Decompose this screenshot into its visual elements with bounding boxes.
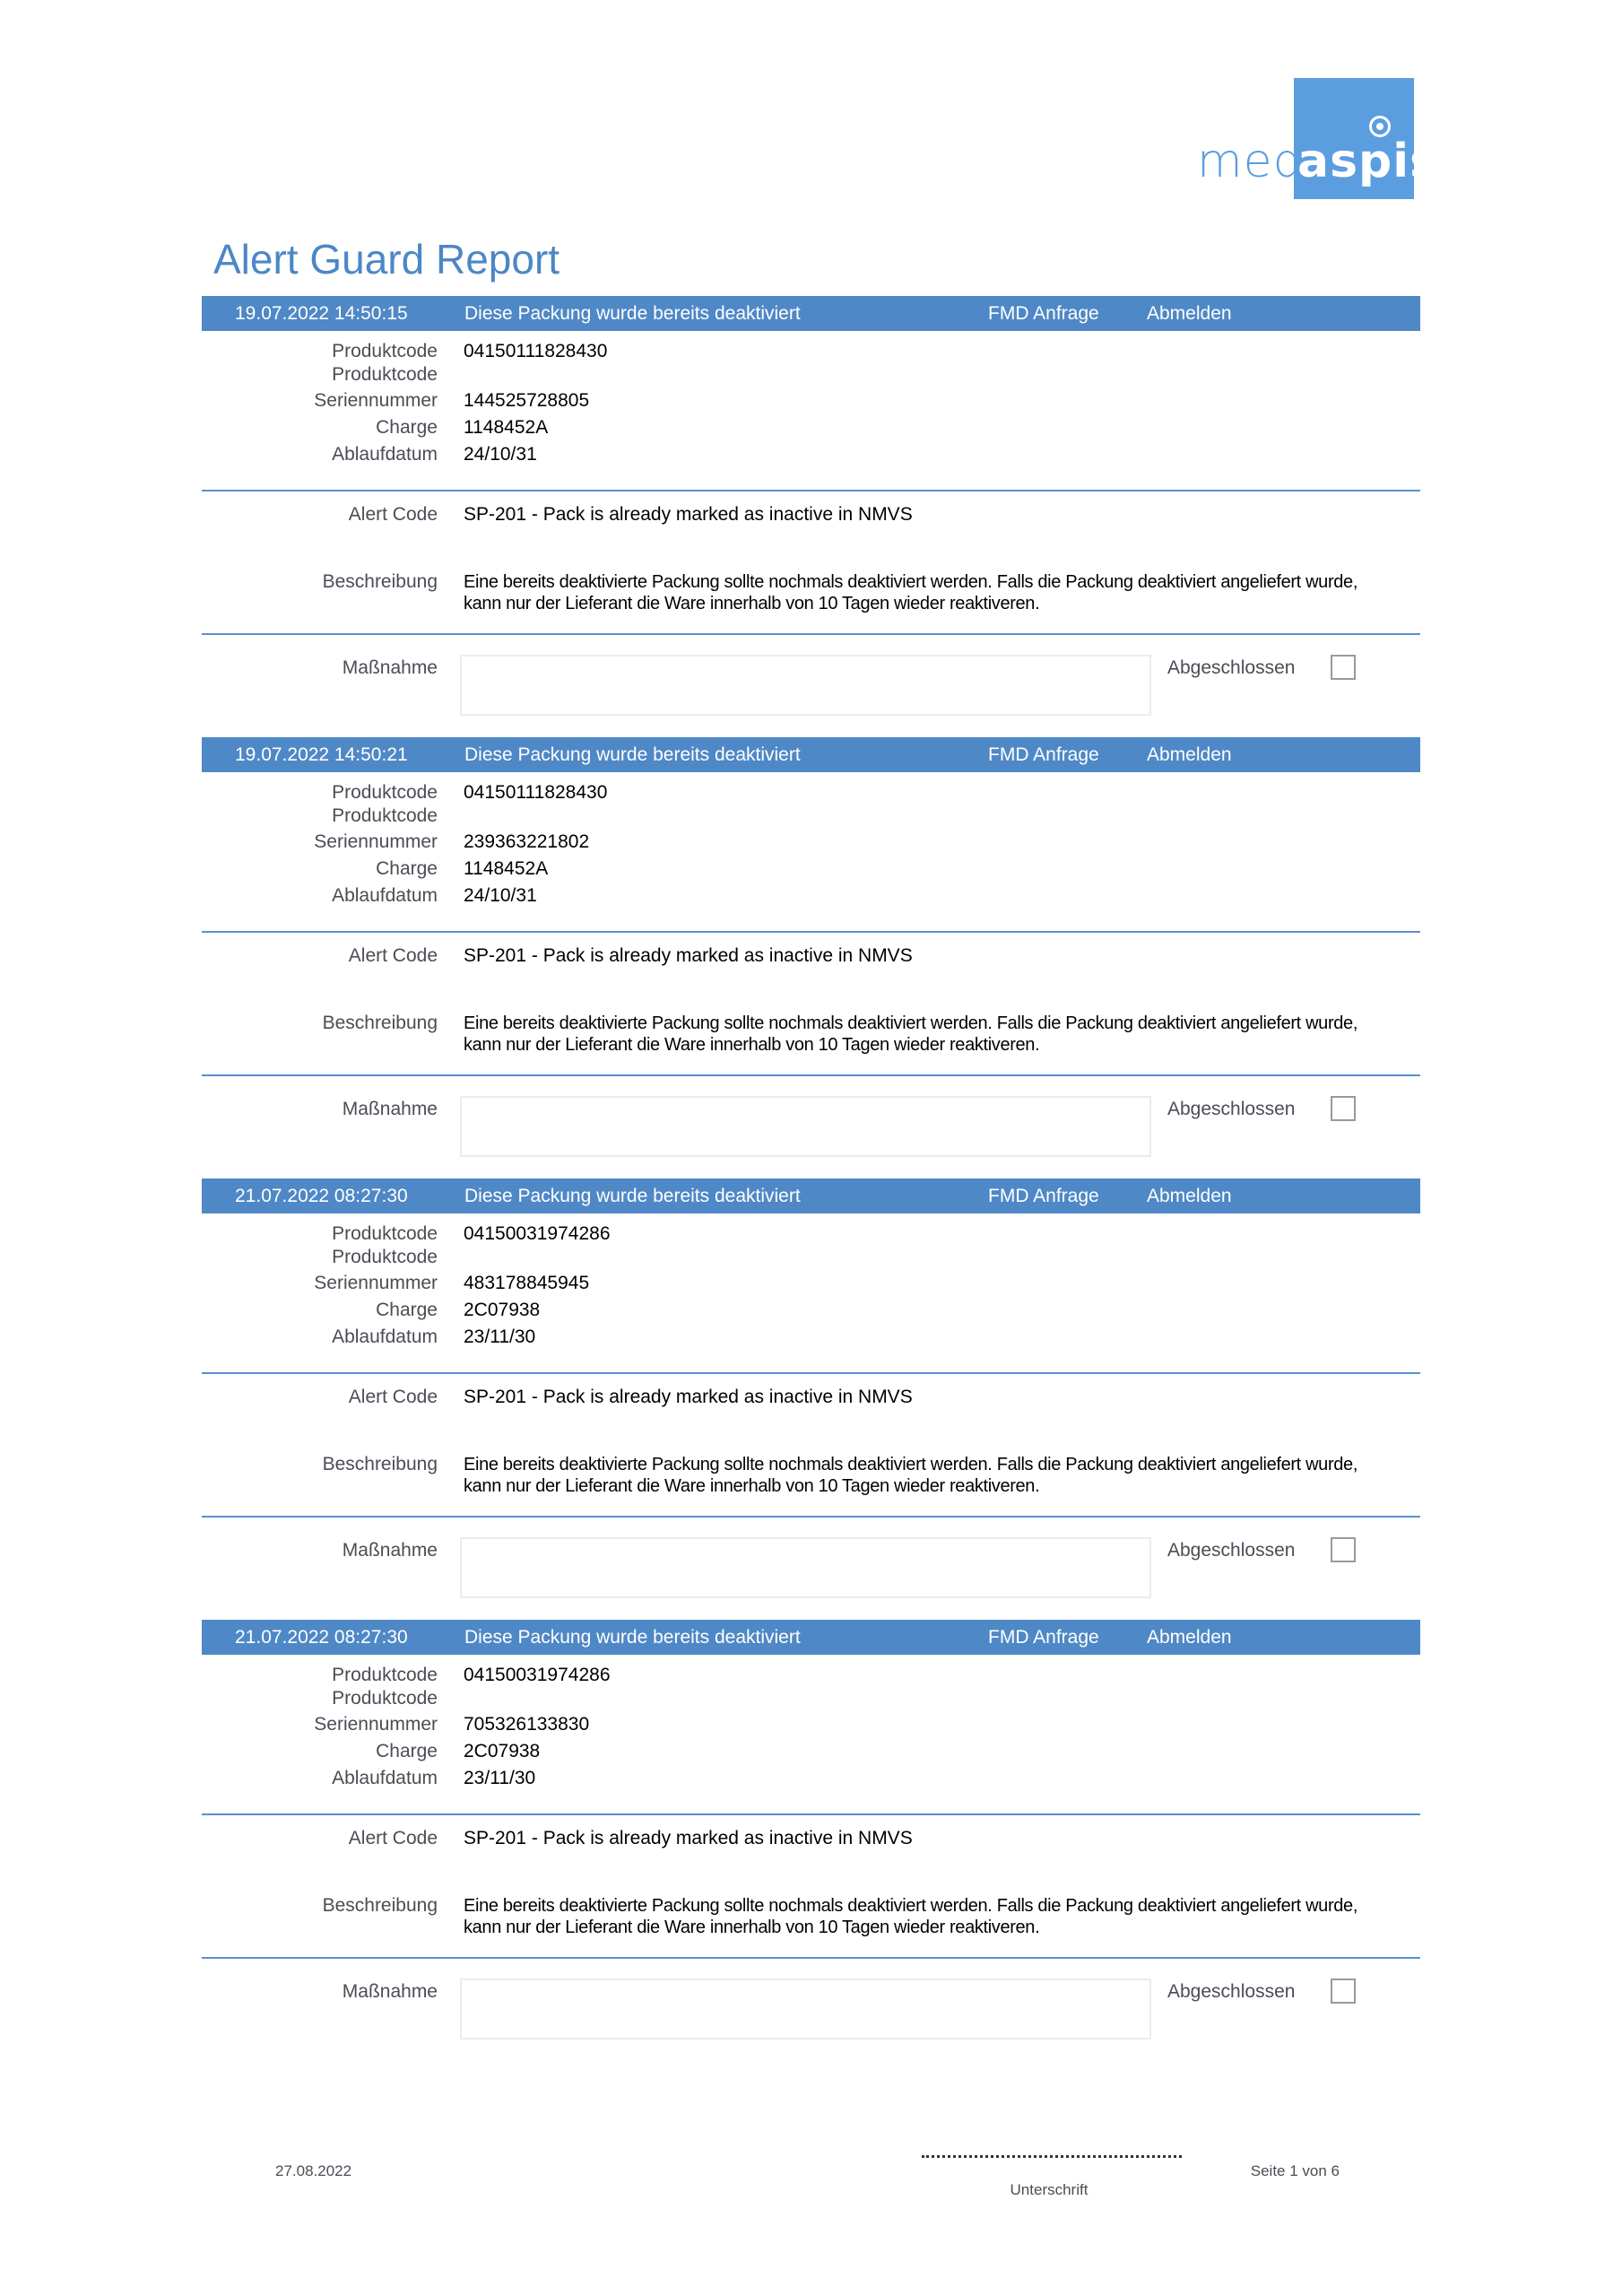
alert-entry: 21.07.2022 08:27:30 Diese Packung wurde … [202,1620,1420,2050]
target-dot-icon [1376,123,1383,130]
abmelden-link[interactable]: Abmelden [1147,1178,1232,1213]
produktcode-label: Produktcode [332,1665,438,1686]
alert-entry: 19.07.2022 14:50:21 Diese Packung wurde … [202,737,1420,1168]
ablaufdatum-value: 23/11/30 [464,1326,535,1348]
divider [202,1372,1420,1374]
footer-date: 27.08.2022 [275,2162,351,2180]
abmelden-link[interactable]: Abmelden [1147,296,1232,331]
abgeschlossen-checkbox[interactable] [1331,1537,1356,1562]
alert-timestamp: 21.07.2022 08:27:30 [235,1620,408,1655]
ablaufdatum-value: 24/10/31 [464,444,537,465]
alert-message: Diese Packung wurde bereits deaktiviert [464,1178,801,1213]
charge-label: Charge [376,417,438,439]
charge-value: 2C07938 [464,1741,540,1762]
alert-code-value: SP-201 - Pack is already marked as inact… [464,1387,913,1408]
seriennummer-label: Seriennummer [314,831,438,853]
alert-timestamp: 19.07.2022 14:50:21 [235,737,408,772]
charge-value: 1148452A [464,858,548,880]
alert-code-label: Alert Code [349,1828,438,1849]
divider [202,633,1420,635]
alert-header-bar: 19.07.2022 14:50:15 Diese Packung wurde … [202,296,1420,331]
produktcode-label-2: Produktcode [332,805,438,827]
abgeschlossen-label: Abgeschlossen [1167,657,1295,679]
beschreibung-label: Beschreibung [323,571,438,593]
massnahme-input[interactable] [460,655,1151,716]
fmd-anfrage-link[interactable]: FMD Anfrage [988,1620,1099,1655]
alert-header-bar: 21.07.2022 08:27:30 Diese Packung wurde … [202,1178,1420,1213]
logo-text-med: med [1197,135,1304,188]
alert-message: Diese Packung wurde bereits deaktiviert [464,1620,801,1655]
beschreibung-label: Beschreibung [323,1013,438,1034]
alert-timestamp: 19.07.2022 14:50:15 [235,296,408,331]
beschreibung-value: Eine bereits deaktivierte Packung sollte… [464,1895,1396,1938]
logo-text-aspis: aspis [1297,135,1438,188]
report-title: Alert Guard Report [213,235,559,283]
abmelden-link[interactable]: Abmelden [1147,1620,1232,1655]
beschreibung-value: Eine bereits deaktivierte Packung sollte… [464,571,1396,614]
alert-code-value: SP-201 - Pack is already marked as inact… [464,504,913,526]
produktcode-label-2: Produktcode [332,364,438,386]
massnahme-input[interactable] [460,1537,1151,1598]
divider [202,1074,1420,1076]
seriennummer-value: 483178845945 [464,1273,589,1294]
alert-message: Diese Packung wurde bereits deaktiviert [464,737,801,772]
fmd-anfrage-link[interactable]: FMD Anfrage [988,737,1099,772]
charge-label: Charge [376,1300,438,1321]
ablaufdatum-label: Ablaufdatum [332,444,438,465]
divider [202,1813,1420,1815]
ablaufdatum-value: 24/10/31 [464,885,537,907]
abmelden-link[interactable]: Abmelden [1147,737,1232,772]
beschreibung-label: Beschreibung [323,1454,438,1475]
fmd-anfrage-link[interactable]: FMD Anfrage [988,1178,1099,1213]
abgeschlossen-checkbox[interactable] [1331,1096,1356,1121]
alert-code-label: Alert Code [349,504,438,526]
beschreibung-label: Beschreibung [323,1895,438,1917]
abgeschlossen-checkbox[interactable] [1331,655,1356,680]
charge-label: Charge [376,1741,438,1762]
seriennummer-label: Seriennummer [314,1273,438,1294]
alert-header-bar: 19.07.2022 14:50:21 Diese Packung wurde … [202,737,1420,772]
alert-code-value: SP-201 - Pack is already marked as inact… [464,945,913,967]
ablaufdatum-label: Ablaufdatum [332,885,438,907]
seriennummer-value: 705326133830 [464,1714,589,1735]
produktcode-value: 04150111828430 [464,341,607,362]
massnahme-label: Maßnahme [343,1099,438,1120]
abgeschlossen-checkbox[interactable] [1331,1979,1356,2004]
seriennummer-label: Seriennummer [314,390,438,412]
abgeschlossen-label: Abgeschlossen [1167,1981,1295,2003]
divider [202,490,1420,491]
massnahme-input[interactable] [460,1979,1151,2039]
abgeschlossen-label: Abgeschlossen [1167,1540,1295,1561]
alert-entry: 19.07.2022 14:50:15 Diese Packung wurde … [202,296,1420,726]
seriennummer-value: 144525728805 [464,390,589,412]
divider [202,1516,1420,1518]
massnahme-label: Maßnahme [343,1981,438,2003]
beschreibung-value: Eine bereits deaktivierte Packung sollte… [464,1013,1396,1056]
alert-header-bar: 21.07.2022 08:27:30 Diese Packung wurde … [202,1620,1420,1655]
alert-entry: 21.07.2022 08:27:30 Diese Packung wurde … [202,1178,1420,1609]
produktcode-label-2: Produktcode [332,1688,438,1709]
signature-line [922,2155,1182,2158]
ablaufdatum-label: Ablaufdatum [332,1326,438,1348]
produktcode-label: Produktcode [332,1223,438,1245]
alert-message: Diese Packung wurde bereits deaktiviert [464,296,801,331]
alert-code-label: Alert Code [349,1387,438,1408]
produktcode-value: 04150031974286 [464,1665,611,1686]
massnahme-input[interactable] [460,1096,1151,1157]
produktcode-label: Produktcode [332,341,438,362]
charge-label: Charge [376,858,438,880]
alert-timestamp: 21.07.2022 08:27:30 [235,1178,408,1213]
beschreibung-value: Eine bereits deaktivierte Packung sollte… [464,1454,1396,1497]
abgeschlossen-label: Abgeschlossen [1167,1099,1295,1120]
alert-code-label: Alert Code [349,945,438,967]
produktcode-label: Produktcode [332,782,438,804]
signature-label: Unterschrift [959,2181,1139,2199]
produktcode-value: 04150031974286 [464,1223,611,1245]
massnahme-label: Maßnahme [343,1540,438,1561]
divider [202,1957,1420,1959]
seriennummer-value: 239363221802 [464,831,589,853]
ablaufdatum-value: 23/11/30 [464,1768,535,1789]
fmd-anfrage-link[interactable]: FMD Anfrage [988,296,1099,331]
charge-value: 1148452A [464,417,548,439]
charge-value: 2C07938 [464,1300,540,1321]
seriennummer-label: Seriennummer [314,1714,438,1735]
produktcode-label-2: Produktcode [332,1247,438,1268]
alert-code-value: SP-201 - Pack is already marked as inact… [464,1828,913,1849]
ablaufdatum-label: Ablaufdatum [332,1768,438,1789]
produktcode-value: 04150111828430 [464,782,607,804]
divider [202,931,1420,933]
page-number: Seite 1 von 6 [1251,2162,1340,2180]
massnahme-label: Maßnahme [343,657,438,679]
